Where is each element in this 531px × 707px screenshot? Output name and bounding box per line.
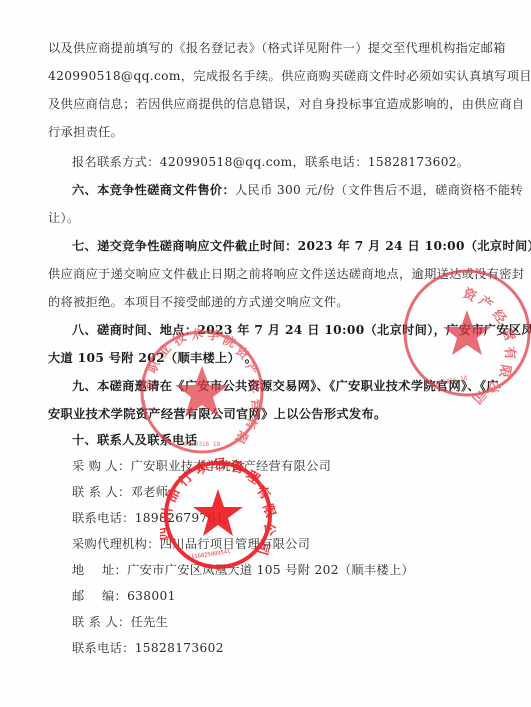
section-7-heading: 七、递交竞争性磋商响应文件截止时间：2023 年 7 月 24 日 10:00（… [72,238,492,254]
section-7-line-2: 的将被拒绝。本项目不接受邮递的方式递交响应文件。 [48,294,468,310]
purchaser-phone-row: 联系电话：18982679761 [72,510,492,526]
agency-postcode-row: 邮编：638001 [72,588,492,604]
agency-address-row: 地址：广安市广安区凤凰大道 105 号附 202（顺丰楼上） [72,562,492,578]
svg-text:限: 限 [496,363,513,378]
agency-postcode-label-a: 邮 [72,588,102,604]
agency-contact-row: 联 系 人：任先生 [72,614,492,630]
section-6-line-1: 六、本竞争性磋商文件售价：人民币 300 元/份（文件售后不退，磋商资格不能转 [72,182,492,198]
svg-text:有: 有 [501,346,518,361]
purchaser-row: 采 购 人：广安职业技术学院资产经营有限公司 [72,458,492,474]
agency-address-label-a: 地 [72,562,102,578]
section-6-price-text: 人民币 300 元/份（文件售后不退，磋商资格不能转 [235,183,523,197]
agency-contact-value: 任先生 [131,615,169,629]
section-9-line-1: 九、本磋商邀请在《广安市公共资源交易网》、《广安职业技术学院官网》、《广 [72,378,492,394]
agency-phone-row: 联系电话：15828173602 [72,640,492,656]
registration-paragraph-line-2: 420990518@qq.com，完成报名手续。供应商购买磋商文件时必须如实认真… [48,68,468,84]
registration-paragraph-line-1: 以及供应商提前填写的《报名登记表》（格式详见附件一）提交至代理机构指定邮箱 [48,40,468,56]
registration-contact-line: 报名联系方式：420990518@qq.com，联系电话：15828173602… [72,154,492,170]
agency-phone-value: 15828173602 [135,641,224,655]
agency-value: 四川品行项目管理有限公司 [160,537,310,551]
purchaser-contact-value: 邓老师 [131,485,169,499]
section-10-heading: 十、联系人及联系电话 [72,432,492,448]
agency-label: 采购代理机构： [72,537,160,551]
agency-phone-label: 联系电话： [72,641,135,655]
agency-postcode-label-b: 编： [102,589,127,603]
section-6-line-2: 让）。 [48,210,468,226]
registration-paragraph-line-3: 及供应商信息；若因供应商提供的信息错误，对自身投标事宜造成影响的，由供应商自 [48,96,468,112]
purchaser-label: 采 购 人： [72,459,131,473]
purchaser-phone-label: 联系电话： [72,511,135,525]
agency-row: 采购代理机构：四川品行项目管理有限公司 [72,536,492,552]
section-8-line-1: 八、磋商时间、地点：2023 年 7 月 24 日 10:00（北京时间），广安… [72,322,492,338]
section-6-heading: 六、本竞争性磋商文件售价： [72,183,235,197]
purchaser-contact-label: 联 系 人： [72,485,131,499]
agency-contact-label: 联 系 人： [72,615,131,629]
purchaser-phone-value: 18982679761 [135,511,224,525]
agency-address-label-b: 址： [102,563,127,577]
section-8-line-2: 大道 105 号附 202（顺丰楼上） 。 [48,350,468,366]
registration-paragraph-line-4: 行承担责任。 [48,124,468,140]
document-page: 以及供应商提前填写的《报名登记表》（格式详见附件一）提交至代理机构指定邮箱 42… [0,0,531,707]
section-7-line-1: 供应商应于递交响应文件截止日期之前将响应文件送达磋商地点，逾期送达或没有密封 [48,266,468,282]
purchaser-contact-row: 联 系 人：邓老师 [72,484,492,500]
agency-postcode-value: 638001 [127,589,176,603]
agency-address-value: 广安市广安区凤凰大道 105 号附 202（顺丰楼上） [127,563,414,577]
purchaser-value: 广安职业技术学院资产经营有限公司 [131,459,332,473]
svg-text:产: 产 [476,293,496,314]
section-9-line-2: 安职业技术学院资产经营有限公司官网》上以公告形式发布。 [48,406,468,422]
